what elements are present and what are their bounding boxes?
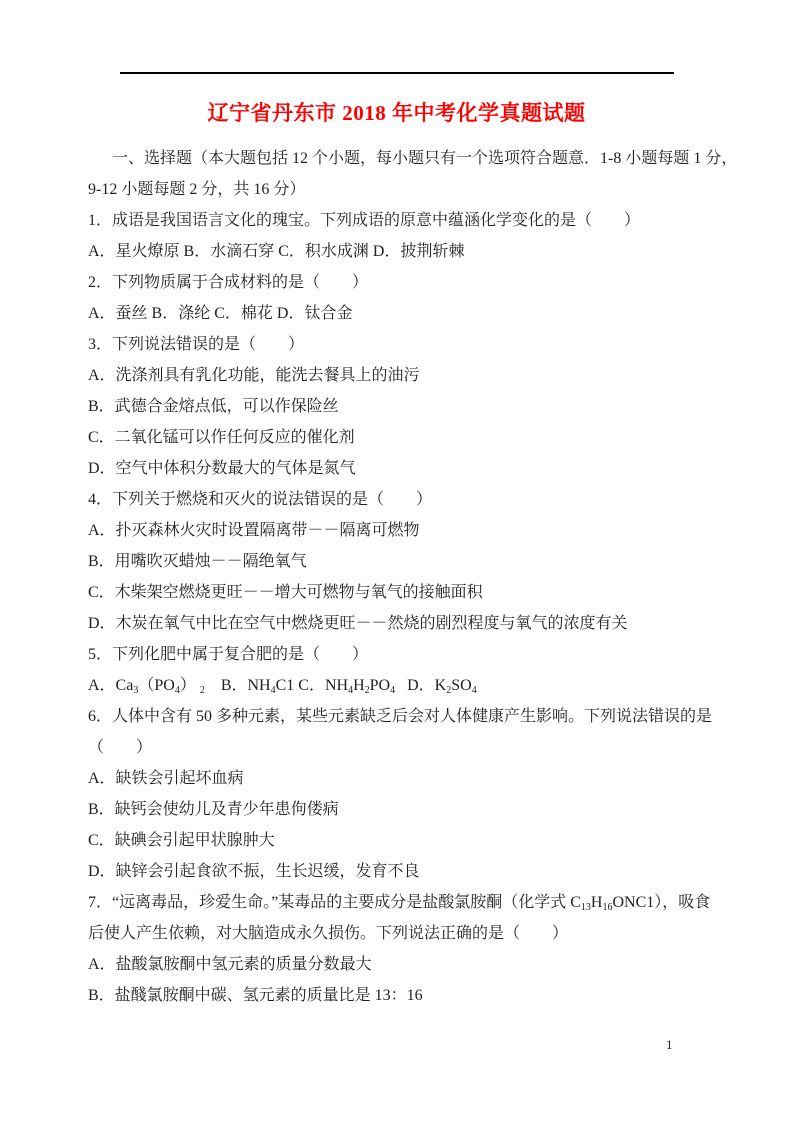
document-line: D．缺锌会引起食欲不振，生长迟缓，发育不良 xyxy=(88,856,778,887)
document-line: D．空气中体积分数最大的气体是氮气 xyxy=(88,453,778,484)
document-line: 7．“远离毒品，珍爱生命。”某毒品的主要成分是盐酸氯胺酮（化学式 C13H16O… xyxy=(88,887,778,918)
document-line: B．缺钙会使幼儿及青少年患佝偻病 xyxy=(88,794,778,825)
document-line: A．缺铁会引起坏血病 xyxy=(88,763,778,794)
page-number: 1 xyxy=(666,1037,673,1053)
document-line: A．洗涤剂具有乳化功能，能洗去餐具上的油污 xyxy=(88,360,778,391)
document-line: 1．成语是我国语言文化的瑰宝。下列成语的原意中蕴涵化学变化的是（ ） xyxy=(88,205,778,236)
document-line: B．武德合金熔点低，可以作保险丝 xyxy=(88,391,778,422)
subscript: 13 xyxy=(581,902,591,913)
document-line: 2．下列物质属于合成材料的是（ ） xyxy=(88,267,778,298)
document-line: A．扑灭森林火灾时设置隔离带－－隔离可燃物 xyxy=(88,515,778,546)
document-title: 辽宁省丹东市 2018 年中考化学真题试题 xyxy=(0,97,793,127)
document-line: 5．下列化肥中属于复合肥的是（ ） xyxy=(88,639,778,670)
header-rule xyxy=(120,72,674,74)
document-line: 4．下列关于燃烧和灭火的说法错误的是（ ） xyxy=(88,484,778,515)
subscript: 4 xyxy=(390,685,395,696)
document-line: D．木炭在氧气中比在空气中燃烧更旺－－然烧的剧烈程度与氧气的浓度有关 xyxy=(88,608,778,639)
document-line: C．木柴架空燃烧更旺－－增大可燃物与氧气的接触面积 xyxy=(88,577,778,608)
subscript: 3 xyxy=(133,685,138,696)
document-line: 后使人产生依赖，对大脑造成永久损伤。下列说法正确的是（ ） xyxy=(88,918,778,949)
subscript: 2 xyxy=(446,685,451,696)
document-line: B．用嘴吹灭蜡烛－－隔绝氧气 xyxy=(88,546,778,577)
document-line: 9-12 小题每题 2 分，共 16 分） xyxy=(88,174,778,205)
subscript: 4 xyxy=(271,685,276,696)
document-line: （ ） xyxy=(88,732,778,763)
document-body: 一、选择题（本大题包括 12 个小题，每小题只有一个选项符合题意．1-8 小题每… xyxy=(88,143,778,1011)
document-line: A．蚕丝 B．涤纶 C．棉花 D．钛合金 xyxy=(88,298,778,329)
subscript: 4 xyxy=(348,685,353,696)
subscript: 4 xyxy=(472,685,477,696)
subscript: 2 xyxy=(365,685,370,696)
subscript: 4 xyxy=(175,685,180,696)
subscript: 16 xyxy=(602,902,612,913)
document-line: C．二氧化锰可以作任何反应的催化剂 xyxy=(88,422,778,453)
document-line: 一、选择题（本大题包括 12 个小题，每小题只有一个选项符合题意．1-8 小题每… xyxy=(88,143,778,174)
page: 辽宁省丹东市 2018 年中考化学真题试题 一、选择题（本大题包括 12 个小题… xyxy=(0,0,793,1122)
document-line: A．盐酸氯胺酮中氢元素的质量分数最大 xyxy=(88,949,778,980)
document-line: 3．下列说法错误的是（ ） xyxy=(88,329,778,360)
document-line: B．盐醆氯胺酮中碳、氢元素的质量比是 13：16 xyxy=(88,980,778,1011)
document-line: A．Ca3（PO4） 2 B．NH4C1 C．NH4H2PO4 D．K2SO4 xyxy=(88,670,778,701)
document-line: C．缺碘会引起甲状腺肿大 xyxy=(88,825,778,856)
document-line: A．星火燎原 B．水滴石穿 C．积水成渊 D．披荆斩棘 xyxy=(88,236,778,267)
document-line: 6．人体中含有 50 多种元素，某些元素缺乏后会对人体健康产生影响。下列说法错误… xyxy=(88,701,778,732)
subscript: 2 xyxy=(200,685,205,696)
